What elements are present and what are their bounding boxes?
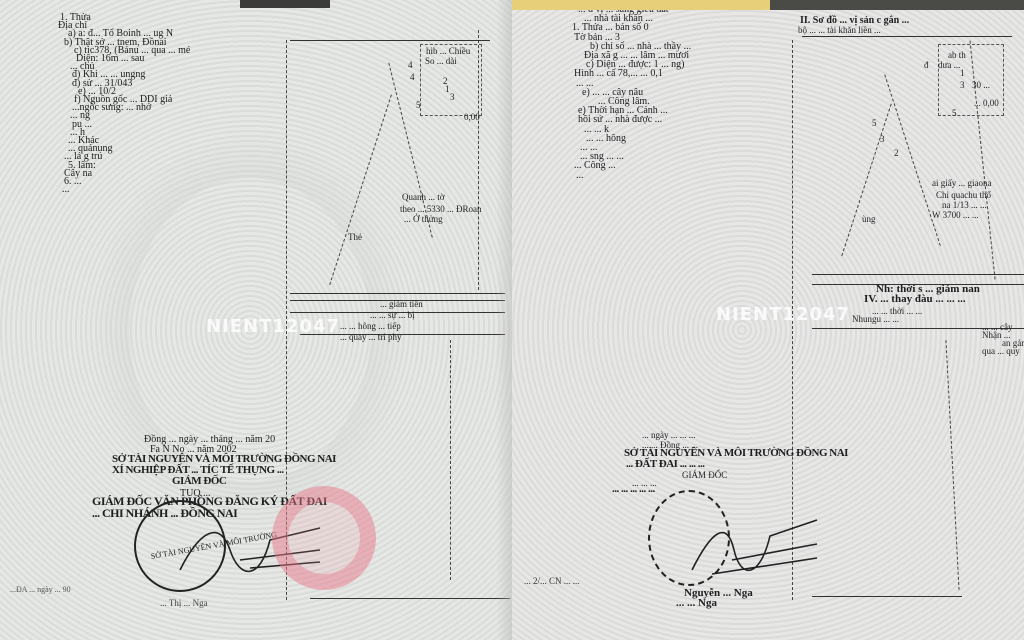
text-line: ... ... sự ... bị <box>370 310 415 321</box>
map-label: Quanh ... tờ <box>402 192 445 203</box>
parcel-edge <box>329 95 393 286</box>
divider <box>290 293 505 294</box>
map-label: 5 <box>416 100 421 111</box>
bottom-note: ... 2/... CN ... ... <box>524 576 580 587</box>
map-label: dưa ... <box>938 60 960 71</box>
map-label: 4 <box>410 72 415 83</box>
text-line: ... giảm tiền <box>380 299 423 310</box>
text-line: ... quay ... tri phy <box>340 332 402 343</box>
map-top-line <box>290 40 490 41</box>
map-label: ai giấy ... giaona <box>932 178 991 189</box>
map-label: ... 0,00 <box>974 98 999 109</box>
right-page: ... đ vị ... sáng giêu đất... nhà tài kh… <box>512 0 1024 640</box>
authority-3: GIÁM ĐỐC <box>172 476 226 487</box>
signer-name-2: ... ... Nga <box>676 598 717 609</box>
left-page: 1. ThửaĐịa chỉa) a: đ... Tổ Boinh ... ug… <box>0 0 512 640</box>
map-label: hìb ... Chiều <box>426 46 470 57</box>
map-top-line <box>802 36 1012 37</box>
map-label: 5 <box>952 108 957 119</box>
divider <box>812 274 1024 275</box>
map-label: 4 <box>408 60 413 71</box>
parcel-edge <box>841 104 892 257</box>
bottom-note: ...ĐA ... ngày ... 90 <box>10 584 71 595</box>
text-line: ... <box>576 170 584 181</box>
map-label: 1 <box>960 68 965 79</box>
text-line: ... ... hông ... tiếp <box>340 321 401 332</box>
text-line: qua ... quy <box>982 346 1020 357</box>
map-label: 3 <box>960 80 965 91</box>
background-object <box>240 0 330 8</box>
map-label: 2 <box>894 148 899 159</box>
map-label: 3 <box>450 92 455 103</box>
watermark: NIENT12047 <box>716 304 850 325</box>
red-seal <box>272 486 376 590</box>
text-line: ... <box>62 184 70 195</box>
authority-2: ... ĐẤT ĐAI ... ... ... <box>626 459 704 470</box>
section-border <box>945 340 960 590</box>
map-label: đ <box>924 60 929 71</box>
bottom-line <box>812 596 962 597</box>
watermark: NIENT12047 <box>206 316 340 337</box>
map-label: So ... dài <box>425 56 457 67</box>
bottom-line <box>310 598 510 599</box>
map-label: 0,00 <box>464 112 480 123</box>
map-label: 5 <box>872 118 877 129</box>
map-label: ùng <box>862 214 876 225</box>
signer-name: ... Thị ... Nga <box>160 598 208 609</box>
authority-3: GIÁM ĐỐC <box>682 470 727 481</box>
map-label: 30 ... <box>972 80 990 91</box>
map-label: 1 <box>445 84 450 95</box>
signature-icon <box>672 500 822 580</box>
map-label: ... Ở thửng <box>404 214 443 225</box>
authority-5: ... ... ... ... ... <box>612 484 655 495</box>
text-line: Nhungu ... ... <box>852 314 899 325</box>
section-ii-subtitle: bộ ... ... tài khăn liền ... <box>798 25 881 36</box>
background-object <box>512 0 782 10</box>
section-iv-title: IV. ... thay đàu ... ... ... <box>864 294 966 305</box>
map-label: Thẻ <box>348 232 362 243</box>
map-label: 3 <box>880 134 885 145</box>
map-label: W 3700 ... ... <box>932 210 979 221</box>
background-object <box>770 0 1024 10</box>
section-border <box>450 340 452 580</box>
